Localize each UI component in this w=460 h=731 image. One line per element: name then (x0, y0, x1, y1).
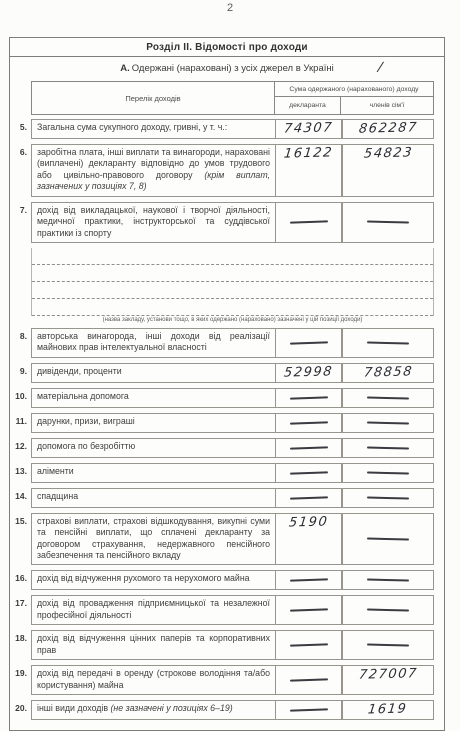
table-row: 6.заробітна плата, інші виплати та винаг… (10, 144, 434, 197)
handwritten-dash (289, 678, 327, 681)
row-number: 8. (10, 328, 31, 358)
income-description: допомога по безробіттю (31, 438, 276, 458)
income-description: дохід від відчуження цінних паперів та к… (31, 630, 276, 660)
income-table-header: Перелік доходів Сума одержаного (нарахов… (31, 81, 434, 115)
income-table: Перелік доходів Сума одержаного (нарахов… (10, 81, 434, 720)
column-header-family: членів сім'ї (341, 97, 433, 114)
row-number: 10. (10, 388, 31, 408)
income-description: матеріальна допомога (31, 388, 276, 408)
table-row: 8.авторська винагорода, інші доходи від … (10, 328, 434, 358)
handwritten-dash (367, 396, 409, 399)
family-amount-cell: 862287 (342, 119, 434, 139)
column-header-amounts: Сума одержаного (нарахованого) доходу де… (275, 82, 433, 114)
income-description-text: спадщина (37, 491, 78, 501)
handwritten-amount: 52998 (283, 364, 334, 380)
declaration-form: Розділ II. Відомості про доходи А.Одержа… (9, 37, 445, 731)
handwritten-dash (289, 221, 327, 224)
family-amount-cell (342, 388, 434, 408)
handwritten-dash (289, 396, 327, 399)
handwritten-dash (367, 609, 409, 612)
handwritten-amount: 1619 (368, 702, 409, 718)
handwritten-dash (367, 446, 409, 449)
handwritten-dash (289, 708, 327, 711)
income-description: спадщина (31, 488, 276, 508)
handwritten-amount: 727007 (358, 666, 419, 683)
table-row: 7.дохід від викладацької, наукової і тво… (10, 202, 434, 243)
income-description-text: Загальна сума сукупного доходу, гривні, … (37, 122, 227, 132)
declarant-amount-cell (276, 328, 342, 358)
table-row: 17.дохід від провадження підприємницької… (10, 595, 434, 625)
row-number: 13. (10, 463, 31, 483)
declarant-amount-cell (276, 413, 342, 433)
income-description-text: страхові виплати, страхові відшкодування… (37, 516, 270, 560)
family-amount-cell (342, 513, 434, 566)
income-table-body: 5.Загальна сума сукупного доходу, гривні… (10, 119, 434, 720)
declarant-amount-cell (276, 595, 342, 625)
writein-area (31, 248, 434, 316)
income-description: заробітна плата, інші виплати та винагор… (31, 144, 276, 197)
handwritten-dash (367, 221, 409, 224)
table-row: 16.дохід від відчуження рухомого та неру… (10, 570, 434, 590)
row-number: 16. (10, 570, 31, 590)
declarant-amount-cell (276, 463, 342, 483)
row-number: 17. (10, 595, 31, 625)
income-description: дохід від відчуження рухомого та нерухом… (31, 570, 276, 590)
section-title: Розділ II. Відомості про доходи (10, 38, 444, 57)
family-amount-cell (342, 630, 434, 660)
column-header-split: декларанта членів сім'ї (275, 97, 433, 114)
family-amount-cell (342, 413, 434, 433)
income-description: дохід від передачі в оренду (строкове во… (31, 665, 276, 695)
writein-line (32, 299, 433, 316)
income-description: інші види доходів (не зазначені у позиці… (31, 700, 276, 720)
handwritten-dash (367, 341, 409, 344)
income-description-text: матеріальна допомога (37, 391, 129, 401)
income-description: дохід від викладацької, наукової і творч… (31, 202, 276, 243)
subsection-text: Одержані (нараховані) з усіх джерел в Ук… (132, 63, 334, 74)
income-description: Загальна сума сукупного доходу, гривні, … (31, 119, 276, 139)
row-number: 19. (10, 665, 31, 695)
income-description-text: аліменти (37, 466, 74, 476)
subsection-label: А. (120, 63, 130, 74)
handwritten-amount: 74307 (283, 120, 334, 136)
income-description-note: (не зазначені у позиціях 6–19) (110, 703, 232, 713)
handwritten-dash (289, 609, 327, 612)
handwritten-dash (367, 538, 409, 541)
family-amount-cell (342, 438, 434, 458)
income-description-text: допомога по безробіттю (37, 441, 135, 451)
income-description-text: дохід від відчуження рухомого та нерухом… (37, 573, 250, 583)
income-description-text: дохід від передачі в оренду (строкове во… (37, 668, 270, 689)
row-number: 7. (10, 202, 31, 243)
declarant-amount-cell (276, 438, 342, 458)
subsection-title: А.Одержані (нараховані) з усіх джерел в … (10, 57, 444, 78)
column-header-sum: Сума одержаного (нарахованого) доходу (275, 82, 433, 97)
income-description-text: дохід від відчуження цінних паперів та к… (37, 633, 270, 654)
table-row: 9.дивіденди, проценти5299878858 (10, 363, 434, 383)
family-amount-cell: 727007 (342, 665, 434, 695)
family-amount-cell (342, 463, 434, 483)
declarant-amount-cell (276, 630, 342, 660)
table-row: 18.дохід від відчуження цінних паперів т… (10, 630, 434, 660)
declarant-amount-cell (276, 570, 342, 590)
declarant-amount-cell: 74307 (276, 119, 342, 139)
writein-line (32, 265, 433, 282)
income-description-text: дивіденди, проценти (37, 366, 122, 376)
row-number: 15. (10, 513, 31, 566)
income-description-text: дохід від викладацької, наукової і творч… (37, 205, 270, 238)
family-amount-cell (342, 488, 434, 508)
writein-line (32, 248, 433, 265)
income-description: аліменти (31, 463, 276, 483)
row-number: 18. (10, 630, 31, 660)
handwritten-amount: 16122 (283, 145, 334, 161)
income-description-text: авторська винагорода, інші доходи від ре… (37, 331, 270, 352)
row-number: 11. (10, 413, 31, 433)
table-row: 12.допомога по безробіттю (10, 438, 434, 458)
declarant-amount-cell (276, 700, 342, 720)
row-number: 20. (10, 700, 31, 720)
handwritten-dash (367, 644, 409, 647)
page-number: 2 (0, 2, 460, 14)
handwritten-dash (289, 496, 327, 499)
handwritten-dash (367, 471, 409, 474)
handwritten-dash (367, 421, 409, 424)
income-description: авторська винагорода, інші доходи від ре… (31, 328, 276, 358)
declarant-amount-cell: 52998 (276, 363, 342, 383)
declarant-amount-cell (276, 488, 342, 508)
income-description: страхові виплати, страхові відшкодування… (31, 513, 276, 566)
income-description-text: дохід від провадження підприємницької та… (37, 598, 270, 619)
handwritten-dash (367, 579, 409, 582)
table-row: 11.дарунки, призи, виграші (10, 413, 434, 433)
handwritten-check-mark: / (377, 60, 383, 75)
table-row: 19.дохід від передачі в оренду (строкове… (10, 665, 434, 695)
declarant-amount-cell: 16122 (276, 144, 342, 197)
writein-caption: (назва закладу, установи тощо, в яких од… (31, 317, 434, 323)
handwritten-dash (289, 579, 327, 582)
table-row: 5.Загальна сума сукупного доходу, гривні… (10, 119, 434, 139)
row-number: 9. (10, 363, 31, 383)
column-header-declarant: декларанта (275, 97, 341, 114)
handwritten-dash (289, 341, 327, 344)
declarant-amount-cell (276, 388, 342, 408)
family-amount-cell (342, 202, 434, 243)
row-number: 5. (10, 119, 31, 139)
handwritten-dash (367, 496, 409, 499)
declarant-amount-cell (276, 665, 342, 695)
handwritten-dash (289, 421, 327, 424)
table-row: 20.інші види доходів (не зазначені у поз… (10, 700, 434, 720)
declarant-amount-cell (276, 202, 342, 243)
row-number: 6. (10, 144, 31, 197)
table-row: 14.спадщина (10, 488, 434, 508)
family-amount-cell (342, 570, 434, 590)
handwritten-dash (289, 446, 327, 449)
handwritten-amount: 862287 (358, 120, 419, 137)
family-amount-cell: 54823 (342, 144, 434, 197)
family-amount-cell (342, 595, 434, 625)
handwritten-amount: 5190 (288, 514, 329, 530)
row-number: 12. (10, 438, 31, 458)
income-description: дохід від провадження підприємницької та… (31, 595, 276, 625)
row-number: 14. (10, 488, 31, 508)
income-description: дарунки, призи, виграші (31, 413, 276, 433)
column-header-income-list: Перелік доходів (32, 82, 275, 114)
income-description-text: дарунки, призи, виграші (37, 416, 135, 426)
handwritten-dash (289, 471, 327, 474)
income-description-text: інші види доходів (37, 703, 110, 713)
family-amount-cell (342, 328, 434, 358)
table-row: 13.аліменти (10, 463, 434, 483)
handwritten-amount: 78858 (363, 364, 414, 380)
table-row: 15.страхові виплати, страхові відшкодува… (10, 513, 434, 566)
handwritten-dash (289, 644, 327, 647)
declarant-amount-cell: 5190 (276, 513, 342, 566)
table-row: 10.матеріальна допомога (10, 388, 434, 408)
family-amount-cell: 1619 (342, 700, 434, 720)
income-description: дивіденди, проценти (31, 363, 276, 383)
family-amount-cell: 78858 (342, 363, 434, 383)
handwritten-amount: 54823 (363, 145, 414, 161)
writein-line (32, 282, 433, 299)
